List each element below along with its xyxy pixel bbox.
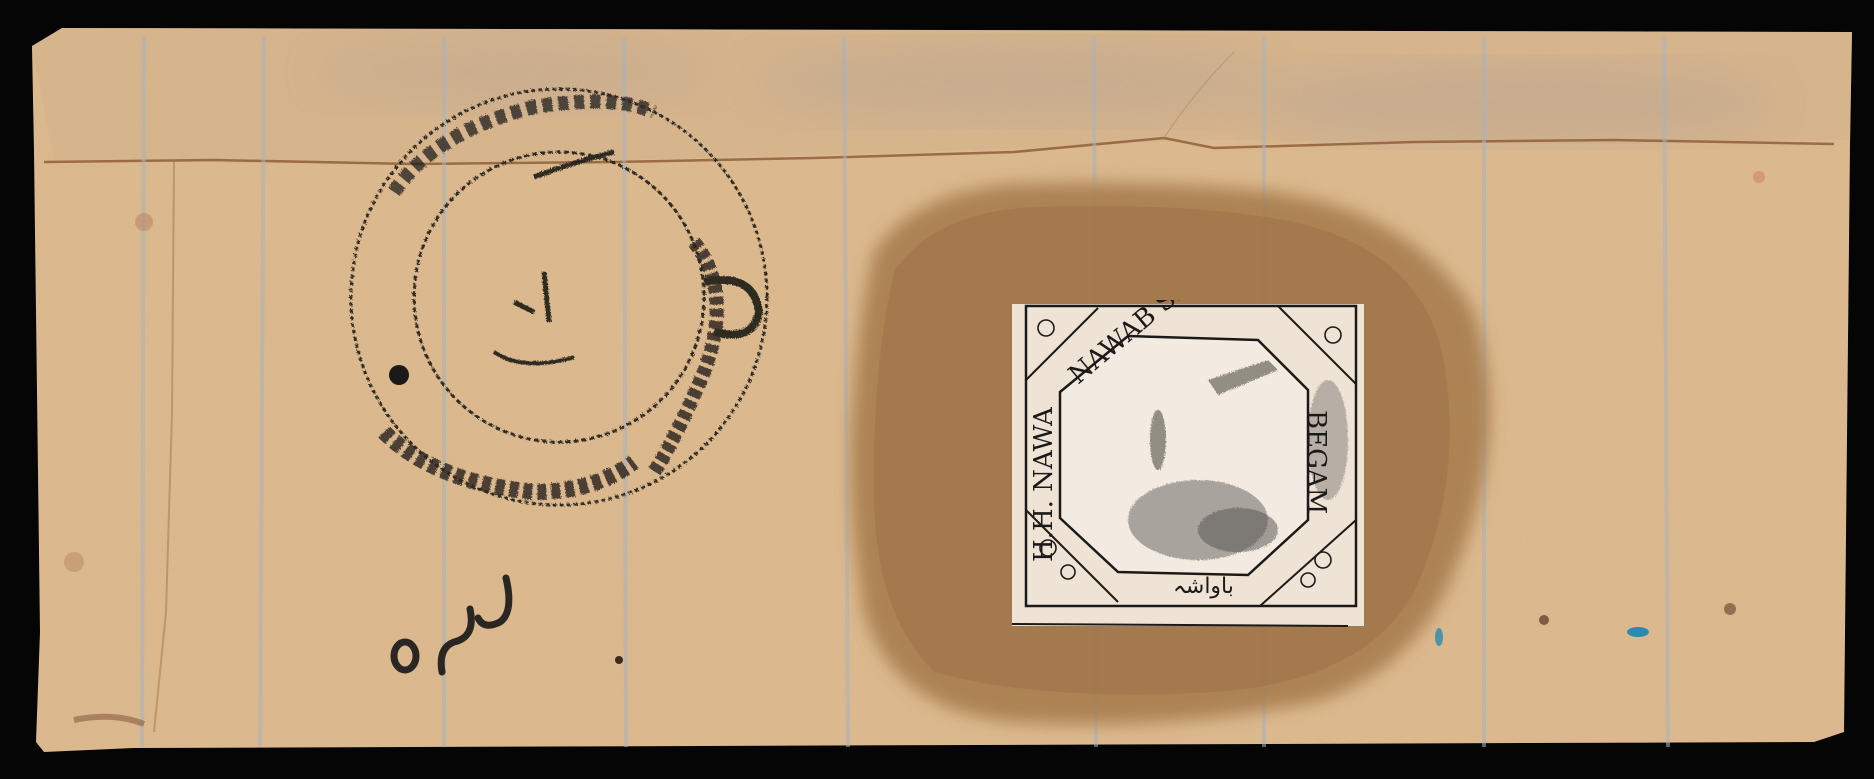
stamp-inscription-bottom: باواشہ xyxy=(1173,574,1234,599)
stamp-inscription-left: H.H. NAWA xyxy=(1029,406,1059,562)
blue-ink-spot xyxy=(1627,627,1649,637)
cover-paper xyxy=(14,12,1858,760)
postage-stamp: NAWAB SHAH H.H. NAWA BEGAM باواشہ xyxy=(1008,300,1376,636)
stamp-inscription-right: BEGAM xyxy=(1301,410,1331,514)
cover-fragment: NAWAB SHAH H.H. NAWA BEGAM باواشہ xyxy=(14,12,1858,760)
